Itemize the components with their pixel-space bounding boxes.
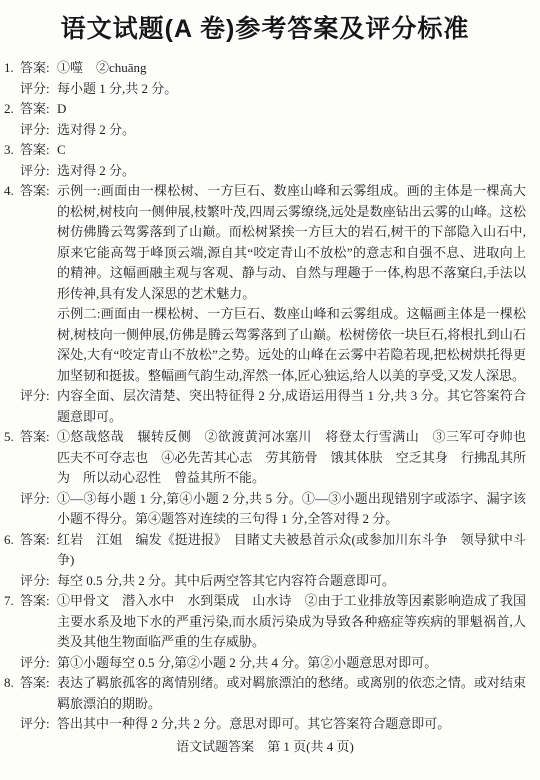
page-title: 语文试题(A 卷)参考答案及评分标准	[4, 14, 526, 44]
answer-row: 6. 答案: 红岩 江姐 编发《挺进报》 目睹丈夫被悬首示众(或参加川东斗争 领…	[4, 530, 526, 571]
answer-label: 答案:	[20, 427, 57, 448]
score-text: 选对得 2 分。	[57, 120, 526, 141]
score-label: 评分:	[20, 79, 57, 100]
score-paragraph: 每空 0.5 分,共 2 分。其中后两空答其它内容符合题意即可。	[57, 571, 526, 592]
score-paragraph: ①—③每小题 1 分,第④小题 2 分,共 5 分。①—③小题出现错别字或添字、…	[57, 489, 526, 530]
score-paragraph: 每小题 1 分,共 2 分。	[57, 79, 526, 100]
score-row: 评分: 第①小题每空 0.5 分,第②小题 2 分,共 4 分。第②小题意思对即…	[4, 653, 526, 674]
answer-item-5: 5. 答案: ①悠哉悠哉 辗转反侧 ②欲渡黄河冰塞川 将登太行雪满山 ③三军可夺…	[4, 427, 526, 530]
answer-text: D	[57, 99, 526, 120]
answer-item-4: 4. 答案: 示例一:画面由一棵松树、一方巨石、数座山峰和云雾组成。画的主体是一…	[4, 181, 526, 427]
score-paragraph: 选对得 2 分。	[57, 161, 526, 182]
answer-label: 答案:	[20, 530, 57, 551]
document-page: 语文试题(A 卷)参考答案及评分标准 1. 答案: ①噬 ②chuāng 评分:…	[0, 0, 540, 780]
item-number: 4.	[4, 181, 20, 202]
answer-row: 8. 答案: 表达了羁旅孤客的离情别绪。或对羁旅漂泊的愁绪。或离别的依恋之情。或…	[4, 673, 526, 714]
answer-row: 2. 答案: D	[4, 99, 526, 120]
answer-label: 答案:	[20, 140, 57, 161]
answer-paragraph: 表达了羁旅孤客的离情别绪。或对羁旅漂泊的愁绪。或离别的依恋之情。或对结束羁旅漂泊…	[57, 673, 526, 714]
answer-text: ①噬 ②chuāng	[57, 58, 526, 79]
answer-text: ①甲骨文 潜入水中 水到渠成 山水诗 ②由于工业排放等因素影响造成了我国主要水系…	[57, 591, 526, 653]
score-text: 每空 0.5 分,共 2 分。其中后两空答其它内容符合题意即可。	[57, 571, 526, 592]
answer-row: 5. 答案: ①悠哉悠哉 辗转反侧 ②欲渡黄河冰塞川 将登太行雪满山 ③三军可夺…	[4, 427, 526, 489]
answer-row: 4. 答案: 示例一:画面由一棵松树、一方巨石、数座山峰和云雾组成。画的主体是一…	[4, 181, 526, 386]
answer-item-1: 1. 答案: ①噬 ②chuāng 评分: 每小题 1 分,共 2 分。	[4, 58, 526, 99]
answer-item-6: 6. 答案: 红岩 江姐 编发《挺进报》 目睹丈夫被悬首示众(或参加川东斗争 领…	[4, 530, 526, 592]
page-footer: 语文试题答案 第 1 页(共 4 页)	[4, 737, 526, 758]
score-row: 评分: 每空 0.5 分,共 2 分。其中后两空答其它内容符合题意即可。	[4, 571, 526, 592]
answer-label: 答案:	[20, 99, 57, 120]
answer-list: 1. 答案: ①噬 ②chuāng 评分: 每小题 1 分,共 2 分。 2. …	[4, 58, 526, 735]
item-number: 7.	[4, 591, 20, 612]
score-row: 评分: 选对得 2 分。	[4, 120, 526, 141]
answer-paragraph: 红岩 江姐 编发《挺进报》 目睹丈夫被悬首示众(或参加川东斗争 领导狱中斗争)	[57, 530, 526, 571]
score-text: 答出其中一种得 2 分,共 2 分。意思对即可。其它答案符合题意即可。	[57, 714, 526, 735]
score-row: 评分: 答出其中一种得 2 分,共 2 分。意思对即可。其它答案符合题意即可。	[4, 714, 526, 735]
score-label: 评分:	[20, 571, 57, 592]
answer-label: 答案:	[20, 181, 57, 202]
score-text: 第①小题每空 0.5 分,第②小题 2 分,共 4 分。第②小题意思对即可。	[57, 653, 526, 674]
answer-text: 示例一:画面由一棵松树、一方巨石、数座山峰和云雾组成。画的主体是一棵高大的松树,…	[57, 181, 526, 386]
score-text: ①—③每小题 1 分,第④小题 2 分,共 5 分。①—③小题出现错别字或添字、…	[57, 489, 526, 530]
item-number: 3.	[4, 140, 20, 161]
score-row: 评分: 每小题 1 分,共 2 分。	[4, 79, 526, 100]
answer-text: 表达了羁旅孤客的离情别绪。或对羁旅漂泊的愁绪。或离别的依恋之情。或对结束羁旅漂泊…	[57, 673, 526, 714]
answer-text: 红岩 江姐 编发《挺进报》 目睹丈夫被悬首示众(或参加川东斗争 领导狱中斗争)	[57, 530, 526, 571]
score-paragraph: 内容全面、层次清楚、突出特征得 2 分,成语运用得当 1 分,共 3 分。其它答…	[57, 386, 526, 427]
score-text: 选对得 2 分。	[57, 161, 526, 182]
score-label: 评分:	[20, 161, 57, 182]
answer-item-8: 8. 答案: 表达了羁旅孤客的离情别绪。或对羁旅漂泊的愁绪。或离别的依恋之情。或…	[4, 673, 526, 735]
answer-item-7: 7. 答案: ①甲骨文 潜入水中 水到渠成 山水诗 ②由于工业排放等因素影响造成…	[4, 591, 526, 673]
answer-paragraph-example-2: 示例二:画面由一棵松树、一方巨石、数座山峰和云雾组成。这幅画主体是一棵松树,树枝…	[57, 304, 526, 386]
answer-paragraph: C	[57, 140, 526, 161]
item-number: 2.	[4, 99, 20, 120]
score-label: 评分:	[20, 120, 57, 141]
score-label: 评分:	[20, 489, 57, 510]
score-label: 评分:	[20, 386, 57, 407]
score-row: 评分: ①—③每小题 1 分,第④小题 2 分,共 5 分。①—③小题出现错别字…	[4, 489, 526, 530]
score-label: 评分:	[20, 714, 57, 735]
answer-paragraph: ①甲骨文 潜入水中 水到渠成 山水诗 ②由于工业排放等因素影响造成了我国主要水系…	[57, 591, 526, 653]
score-paragraph: 答出其中一种得 2 分,共 2 分。意思对即可。其它答案符合题意即可。	[57, 714, 526, 735]
item-number: 8.	[4, 673, 20, 694]
answer-text: C	[57, 140, 526, 161]
item-number: 1.	[4, 58, 20, 79]
item-number: 6.	[4, 530, 20, 551]
score-row: 评分: 选对得 2 分。	[4, 161, 526, 182]
answer-paragraph: D	[57, 99, 526, 120]
answer-label: 答案:	[20, 58, 57, 79]
answer-label: 答案:	[20, 591, 57, 612]
answer-paragraph: ①噬 ②chuāng	[57, 58, 526, 79]
answer-row: 1. 答案: ①噬 ②chuāng	[4, 58, 526, 79]
answer-row: 7. 答案: ①甲骨文 潜入水中 水到渠成 山水诗 ②由于工业排放等因素影响造成…	[4, 591, 526, 653]
answer-paragraph: ①悠哉悠哉 辗转反侧 ②欲渡黄河冰塞川 将登太行雪满山 ③三军可夺帅也 匹夫不可…	[57, 427, 526, 489]
score-text: 内容全面、层次清楚、突出特征得 2 分,成语运用得当 1 分,共 3 分。其它答…	[57, 386, 526, 427]
answer-text: ①悠哉悠哉 辗转反侧 ②欲渡黄河冰塞川 将登太行雪满山 ③三军可夺帅也 匹夫不可…	[57, 427, 526, 489]
score-row: 评分: 内容全面、层次清楚、突出特征得 2 分,成语运用得当 1 分,共 3 分…	[4, 386, 526, 427]
score-paragraph: 第①小题每空 0.5 分,第②小题 2 分,共 4 分。第②小题意思对即可。	[57, 653, 526, 674]
score-paragraph: 选对得 2 分。	[57, 120, 526, 141]
answer-item-2: 2. 答案: D 评分: 选对得 2 分。	[4, 99, 526, 140]
item-number: 5.	[4, 427, 20, 448]
score-text: 每小题 1 分,共 2 分。	[57, 79, 526, 100]
answer-paragraph-example-1: 示例一:画面由一棵松树、一方巨石、数座山峰和云雾组成。画的主体是一棵高大的松树,…	[57, 181, 526, 304]
answer-row: 3. 答案: C	[4, 140, 526, 161]
answer-label: 答案:	[20, 673, 57, 694]
score-label: 评分:	[20, 653, 57, 674]
answer-item-3: 3. 答案: C 评分: 选对得 2 分。	[4, 140, 526, 181]
